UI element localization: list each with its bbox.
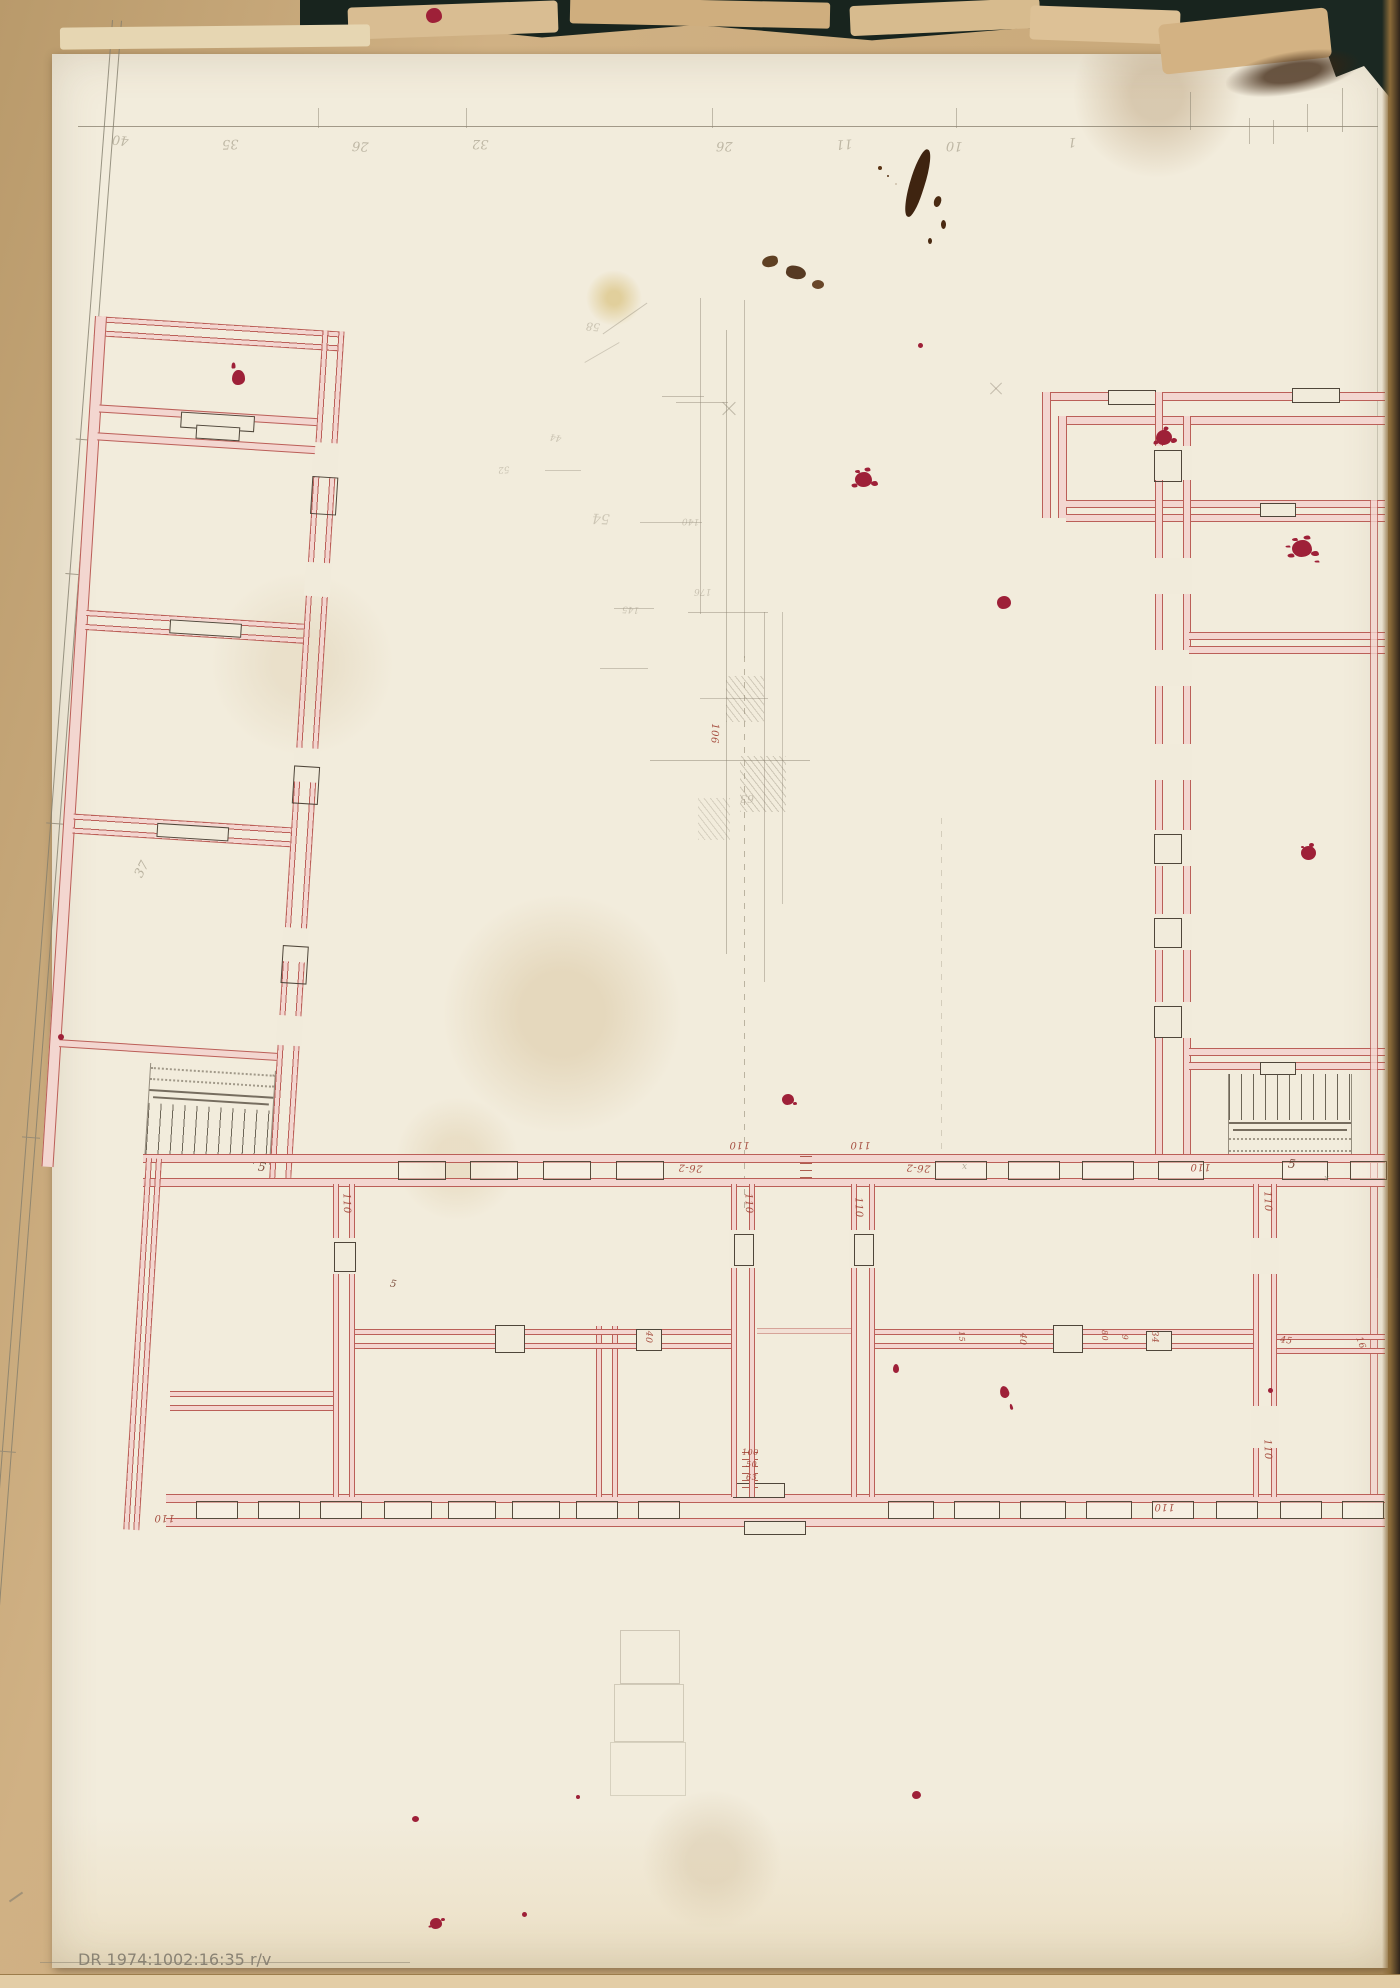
dimension-annotation: 110 [1261, 1191, 1273, 1212]
dimension-annotation: 63 [746, 1473, 757, 1482]
ink-splat [426, 8, 442, 23]
dimension-annotation: 80 [1100, 1330, 1109, 1341]
dimension-annotation: 45 [1279, 1335, 1293, 1347]
sketch-number: 54 [592, 510, 610, 527]
catalog-number: DR 1974:1002:16:35 r/v [78, 1950, 271, 1969]
dimension-annotation: 5 [257, 1160, 267, 1175]
scale-number: 32 [472, 136, 489, 151]
dimension-annotation: 110 [850, 1139, 871, 1150]
dimension-annotation: 9 [1120, 1335, 1129, 1341]
annotation-layer: 40 35 26 32 26 11 10 1 58 44 52 140 176 … [0, 0, 1400, 1988]
dimension-annotation: 26-2 [678, 1161, 703, 1173]
scale-number: 1 [1068, 134, 1077, 149]
dimension-annotation: 110 [154, 1512, 175, 1523]
scale-number: 35 [222, 136, 239, 152]
scale-number: 11 [835, 135, 853, 151]
dimension-annotation: 34 [1149, 1331, 1159, 1344]
dimension-annotation: 26-2 [906, 1161, 931, 1173]
pencil-note: x [962, 1162, 967, 1172]
sketch-number: 44 [549, 431, 562, 443]
dimension-annotation: 15 [957, 1331, 966, 1342]
sketch-number: 145 [622, 604, 640, 615]
dimension-annotation: 110 [340, 1193, 352, 1214]
sketch-number: 58 [585, 319, 600, 333]
dimension-annotation: 110 [1154, 1501, 1175, 1512]
pencil-note: x [1324, 1174, 1329, 1184]
scale-number: 26 [716, 138, 733, 153]
sketch-number: 52 [498, 464, 510, 475]
dimension-annotation: 110 [1261, 1439, 1273, 1460]
dimension-annotation: 106 [708, 723, 720, 744]
sketch-number: 176 [694, 586, 711, 596]
dimension-annotation: 5 [389, 1278, 398, 1290]
dimension-annotation: 100 [742, 1448, 759, 1457]
dimension-annotation: 110 [729, 1139, 750, 1150]
scale-number: 26 [352, 138, 369, 154]
scale-number: 40 [111, 131, 129, 147]
sketch-number: 140 [682, 516, 700, 527]
dimension-annotation: 5 [1287, 1157, 1297, 1172]
sketch-number: 63 [740, 792, 754, 805]
dimension-annotation: 50 [746, 1460, 757, 1469]
dimension-annotation: 40 [643, 1330, 654, 1343]
pencil-note: 37 [132, 859, 153, 881]
dimension-annotation: 110 [1190, 1161, 1211, 1172]
scanned-drawing-page: 40 35 26 32 26 11 10 1 58 44 52 140 176 … [0, 0, 1400, 1988]
scale-number: 10 [946, 138, 963, 154]
dimension-annotation: 110 [742, 1193, 754, 1214]
dimension-annotation: 16 [1353, 1335, 1367, 1350]
dimension-annotation: 40 [1017, 1332, 1028, 1345]
dimension-annotation: 110 [852, 1197, 864, 1218]
